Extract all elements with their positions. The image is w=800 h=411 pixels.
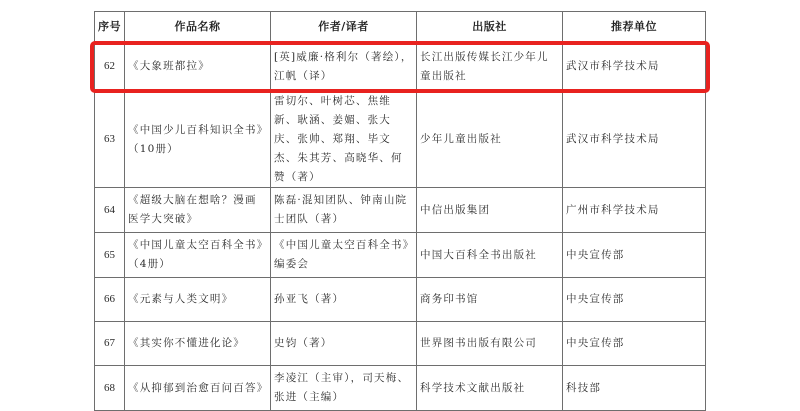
work-title: 《大象班都拉》 (125, 42, 271, 92)
work-title: 《中国儿童太空百科全书》（4册） (125, 233, 271, 278)
table-row: 63 《中国少儿百科知识全书》（10册） 雷切尔、叶树芯、焦维新、耿涵、姜媚、张… (95, 92, 706, 188)
table-row: 66 《元素与人类文明》 孙亚飞（著） 商务印书馆 中央宣传部 (95, 278, 706, 322)
table-row: 62 《大象班都拉》 [英]威廉·格利尔（著绘），江帆（译） 长江出版传媒长江少… (95, 42, 706, 92)
work-recommender: 中央宣传部 (563, 322, 706, 366)
work-author: 史钧（著） (271, 322, 417, 366)
work-title: 《从抑郁到治愈百问百答》 (125, 366, 271, 411)
header-title: 作品名称 (125, 12, 271, 42)
work-author: [英]威廉·格利尔（著绘），江帆（译） (271, 42, 417, 92)
header-recommender: 推荐单位 (563, 12, 706, 42)
row-number: 67 (95, 322, 125, 366)
work-publisher: 世界图书出版有限公司 (417, 322, 563, 366)
table-row: 67 《其实你不懂进化论》 史钧（著） 世界图书出版有限公司 中央宣传部 (95, 322, 706, 366)
work-publisher: 中信出版集团 (417, 188, 563, 233)
work-publisher: 少年儿童出版社 (417, 92, 563, 188)
work-author: 陈磊·混知团队、钟南山院士团队（著） (271, 188, 417, 233)
work-author: 《中国儿童太空百科全书》编委会 (271, 233, 417, 278)
table-header-row: 序号 作品名称 作者/译者 出版社 推荐单位 (95, 12, 706, 42)
work-publisher: 长江出版传媒长江少年儿童出版社 (417, 42, 563, 92)
work-author: 雷切尔、叶树芯、焦维新、耿涵、姜媚、张大庆、张帅、郑翔、毕文杰、朱其芳、高晓华、… (271, 92, 417, 188)
work-recommender: 中央宣传部 (563, 278, 706, 322)
work-title: 《超级大脑在想啥？漫画医学大突破》 (125, 188, 271, 233)
table-row: 64 《超级大脑在想啥？漫画医学大突破》 陈磊·混知团队、钟南山院士团队（著） … (95, 188, 706, 233)
work-title: 《元素与人类文明》 (125, 278, 271, 322)
row-number: 68 (95, 366, 125, 411)
row-number: 62 (95, 42, 125, 92)
work-recommender: 科技部 (563, 366, 706, 411)
table-row: 65 《中国儿童太空百科全书》（4册） 《中国儿童太空百科全书》编委会 中国大百… (95, 233, 706, 278)
book-recommendation-table: 序号 作品名称 作者/译者 出版社 推荐单位 62 《大象班都拉》 [英]威廉·… (94, 11, 706, 411)
row-number: 65 (95, 233, 125, 278)
row-number: 64 (95, 188, 125, 233)
work-author: 李凌江（主审），司天梅、张进（主编） (271, 366, 417, 411)
work-recommender: 广州市科学技术局 (563, 188, 706, 233)
work-recommender: 中央宣传部 (563, 233, 706, 278)
header-number: 序号 (95, 12, 125, 42)
work-title: 《中国少儿百科知识全书》（10册） (125, 92, 271, 188)
row-number: 63 (95, 92, 125, 188)
header-publisher: 出版社 (417, 12, 563, 42)
table-row: 68 《从抑郁到治愈百问百答》 李凌江（主审），司天梅、张进（主编） 科学技术文… (95, 366, 706, 411)
work-recommender: 武汉市科学技术局 (563, 92, 706, 188)
work-publisher: 商务印书馆 (417, 278, 563, 322)
work-recommender: 武汉市科学技术局 (563, 42, 706, 92)
header-author: 作者/译者 (271, 12, 417, 42)
work-publisher: 中国大百科全书出版社 (417, 233, 563, 278)
work-title: 《其实你不懂进化论》 (125, 322, 271, 366)
work-publisher: 科学技术文献出版社 (417, 366, 563, 411)
row-number: 66 (95, 278, 125, 322)
work-author: 孙亚飞（著） (271, 278, 417, 322)
